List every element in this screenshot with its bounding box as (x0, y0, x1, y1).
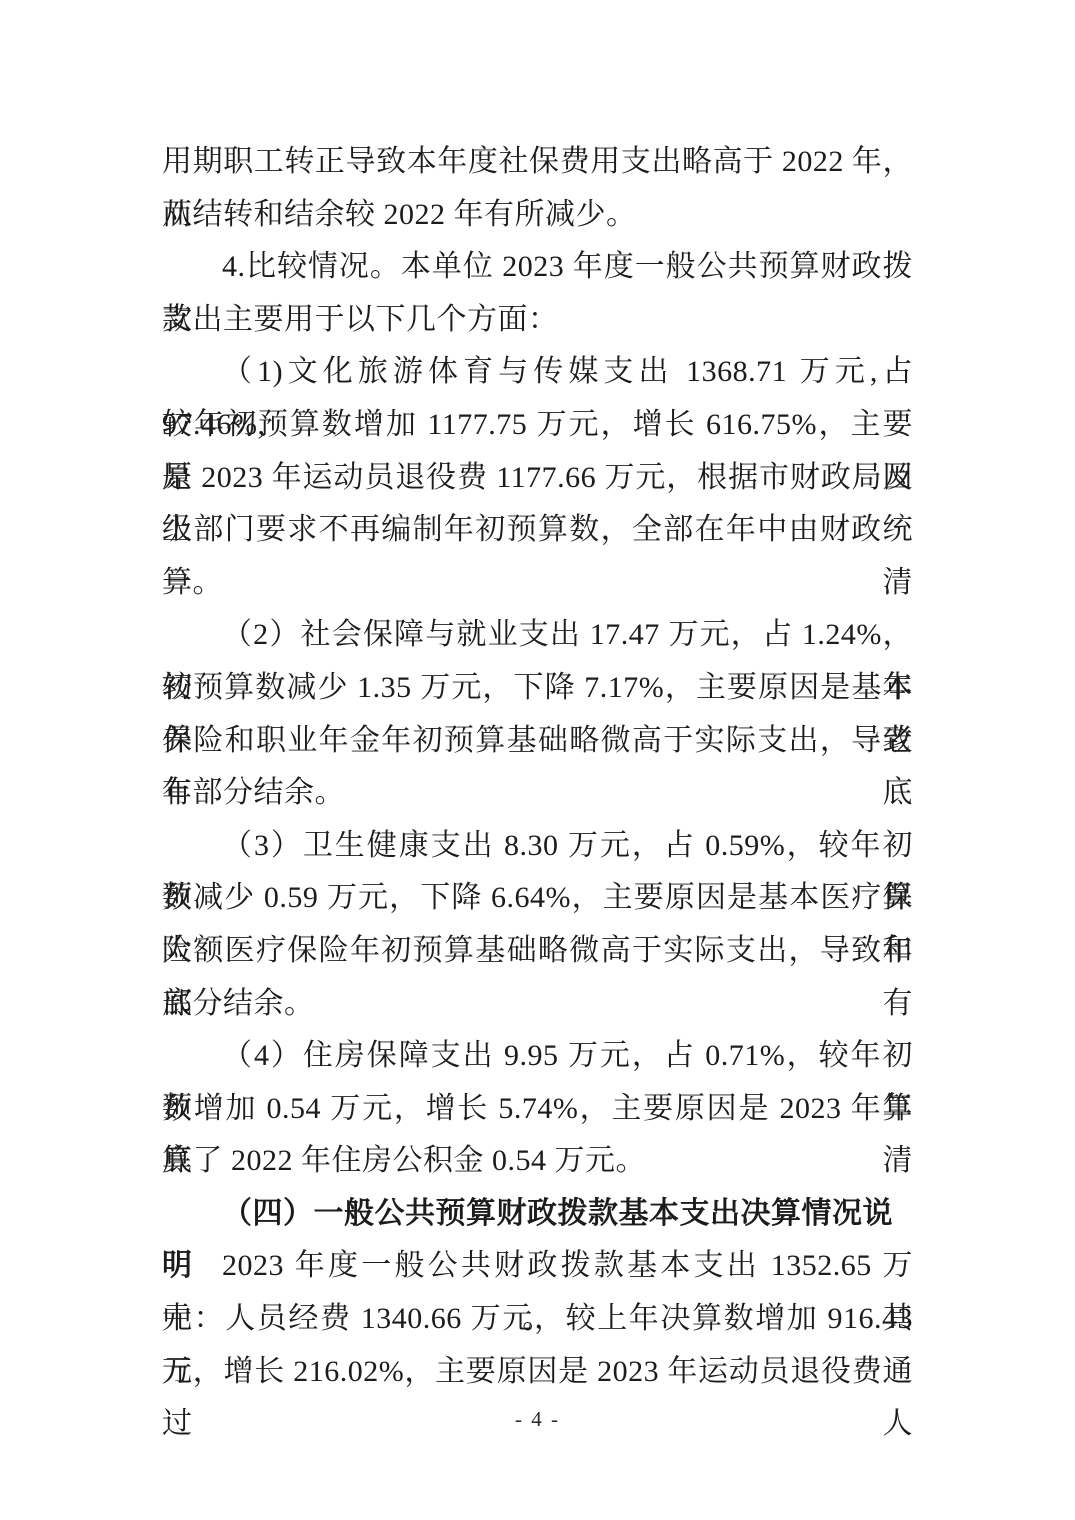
doc-line: 中：人员经费 1340.66 万元，较上年决算数增加 916.43 万 (162, 1293, 913, 1346)
doc-line: （1)文化旅游体育与传媒支出 1368.71 万元,占 97.46%, (162, 346, 913, 399)
body-text-block: 用期职工转正导致本年度社保费用支出略高于 2022 年，从 而结转和结余较 20… (162, 136, 913, 1398)
doc-line: 级部门要求不再编制年初预算数，全部在年中由财政统一清 (162, 504, 913, 557)
page-number: - 4 - (0, 1406, 1075, 1432)
doc-line: 是 2023 年运动员退役费 1177.66 万元，根据市财政局及上 (162, 452, 913, 505)
section-heading: （四）一般公共预算财政拨款基本支出决算情况说明 (162, 1188, 913, 1241)
doc-line: 数增加 0.54 万元，增长 5.74%，主要原因是 2023 年年底清 (162, 1083, 913, 1136)
doc-line: 2023 年度一般公共财政拨款基本支出 1352.65 万元。其 (162, 1240, 913, 1293)
doc-line: （3）卫生健康支出 8.30 万元，占 0.59%，较年初预算 (162, 820, 913, 873)
doc-line: 较年初预算数增加 1177.75 万元，增长 616.75%，主要原因 (162, 399, 913, 452)
doc-line: 而结转和结余较 2022 年有所减少。 (162, 189, 913, 242)
doc-line: 支出主要用于以下几个方面： (162, 294, 913, 347)
doc-line: 数减少 0.59 万元，下降 6.64%，主要原因是基本医疗保险和 (162, 872, 913, 925)
doc-line: 保险和职业年金年初预算基础略微高于实际支出，导致年底 (162, 715, 913, 768)
doc-line: 4.比较情况。本单位 2023 年度一般公共预算财政拨款 (162, 241, 913, 294)
doc-line: 用期职工转正导致本年度社保费用支出略高于 2022 年，从 (162, 136, 913, 189)
doc-line: 元，增长 216.02%，主要原因是 2023 年运动员退役费通过人 (162, 1346, 913, 1399)
doc-line: 初预算数减少 1.35 万元，下降 7.17%，主要原因是基本养老 (162, 662, 913, 715)
doc-line: 大额医疗保险年初预算基础略微高于实际支出，导致年底有 (162, 925, 913, 978)
document-page: 用期职工转正导致本年度社保费用支出略高于 2022 年，从 而结转和结余较 20… (0, 0, 1075, 1520)
doc-line: （4）住房保障支出 9.95 万元，占 0.71%，较年初预算 (162, 1030, 913, 1083)
doc-line: （2）社会保障与就业支出 17.47 万元，占 1.24%，较年 (162, 609, 913, 662)
